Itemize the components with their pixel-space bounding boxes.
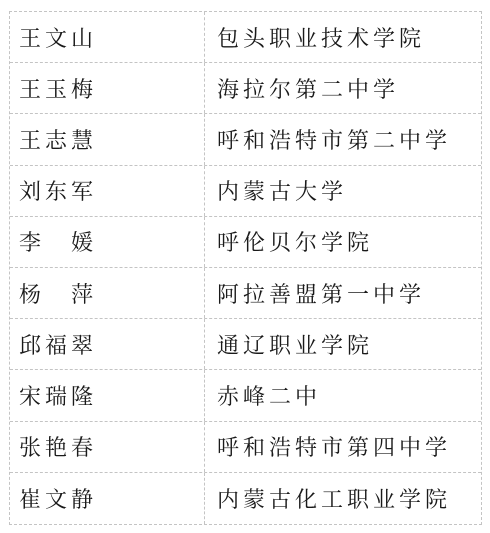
person-name: 王文山 bbox=[10, 12, 205, 62]
person-name: 邱福翠 bbox=[10, 319, 205, 369]
table-row: 杨 萍 阿拉善盟第一中学 bbox=[10, 268, 481, 319]
person-name: 李 媛 bbox=[10, 217, 205, 267]
institution-name: 阿拉善盟第一中学 bbox=[205, 268, 481, 318]
table-row: 李 媛 呼伦贝尔学院 bbox=[10, 217, 481, 268]
person-name: 宋瑞隆 bbox=[10, 370, 205, 420]
person-name: 王玉梅 bbox=[10, 63, 205, 113]
person-name: 崔文静 bbox=[10, 473, 205, 524]
table-row: 王玉梅 海拉尔第二中学 bbox=[10, 63, 481, 114]
institution-name: 呼伦贝尔学院 bbox=[205, 217, 481, 267]
table-row: 邱福翠 通辽职业学院 bbox=[10, 319, 481, 370]
institution-name: 内蒙古大学 bbox=[205, 166, 481, 216]
institution-name: 通辽职业学院 bbox=[205, 319, 481, 369]
name-institution-table: 王文山 包头职业技术学院 王玉梅 海拉尔第二中学 王志慧 呼和浩特市第二中学 刘… bbox=[9, 11, 482, 525]
table-row: 张艳春 呼和浩特市第四中学 bbox=[10, 422, 481, 473]
table-row: 王志慧 呼和浩特市第二中学 bbox=[10, 114, 481, 165]
person-name: 刘东军 bbox=[10, 166, 205, 216]
person-name: 张艳春 bbox=[10, 422, 205, 472]
table-row: 刘东军 内蒙古大学 bbox=[10, 166, 481, 217]
table-row: 宋瑞隆 赤峰二中 bbox=[10, 370, 481, 421]
institution-name: 赤峰二中 bbox=[205, 370, 481, 420]
institution-name: 包头职业技术学院 bbox=[205, 12, 481, 62]
institution-name: 呼和浩特市第四中学 bbox=[205, 422, 481, 472]
institution-name: 内蒙古化工职业学院 bbox=[205, 473, 481, 524]
institution-name: 呼和浩特市第二中学 bbox=[205, 114, 481, 164]
person-name: 杨 萍 bbox=[10, 268, 205, 318]
institution-name: 海拉尔第二中学 bbox=[205, 63, 481, 113]
table-row: 崔文静 内蒙古化工职业学院 bbox=[10, 473, 481, 524]
table-row: 王文山 包头职业技术学院 bbox=[10, 12, 481, 63]
person-name: 王志慧 bbox=[10, 114, 205, 164]
